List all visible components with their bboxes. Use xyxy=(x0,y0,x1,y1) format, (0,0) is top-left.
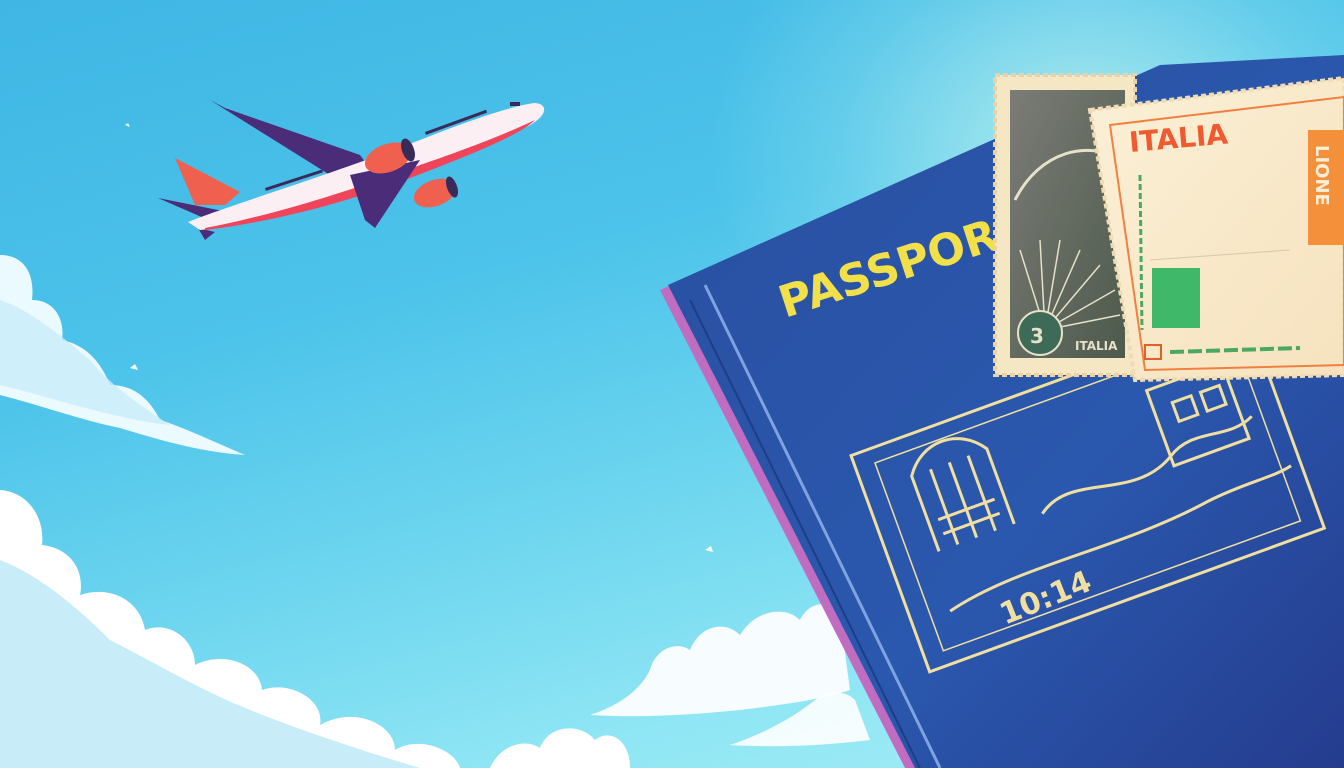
stamp-1-label: ITALIA xyxy=(1075,339,1118,353)
illustration-canvas: PASSPOR 10:14 3 xyxy=(0,0,1344,768)
travel-illustration: PASSPOR 10:14 3 xyxy=(0,0,1344,768)
postage-stamp-2: ITALIA LIONE xyxy=(1090,78,1344,380)
cloud-right xyxy=(590,604,870,746)
airplane xyxy=(158,100,544,240)
cloud-upper-left xyxy=(0,255,245,455)
stamp-1-value: 3 xyxy=(1030,324,1044,348)
stamp-2-side-text: LIONE xyxy=(1311,145,1332,206)
cloud-bank-bottom xyxy=(0,490,630,768)
